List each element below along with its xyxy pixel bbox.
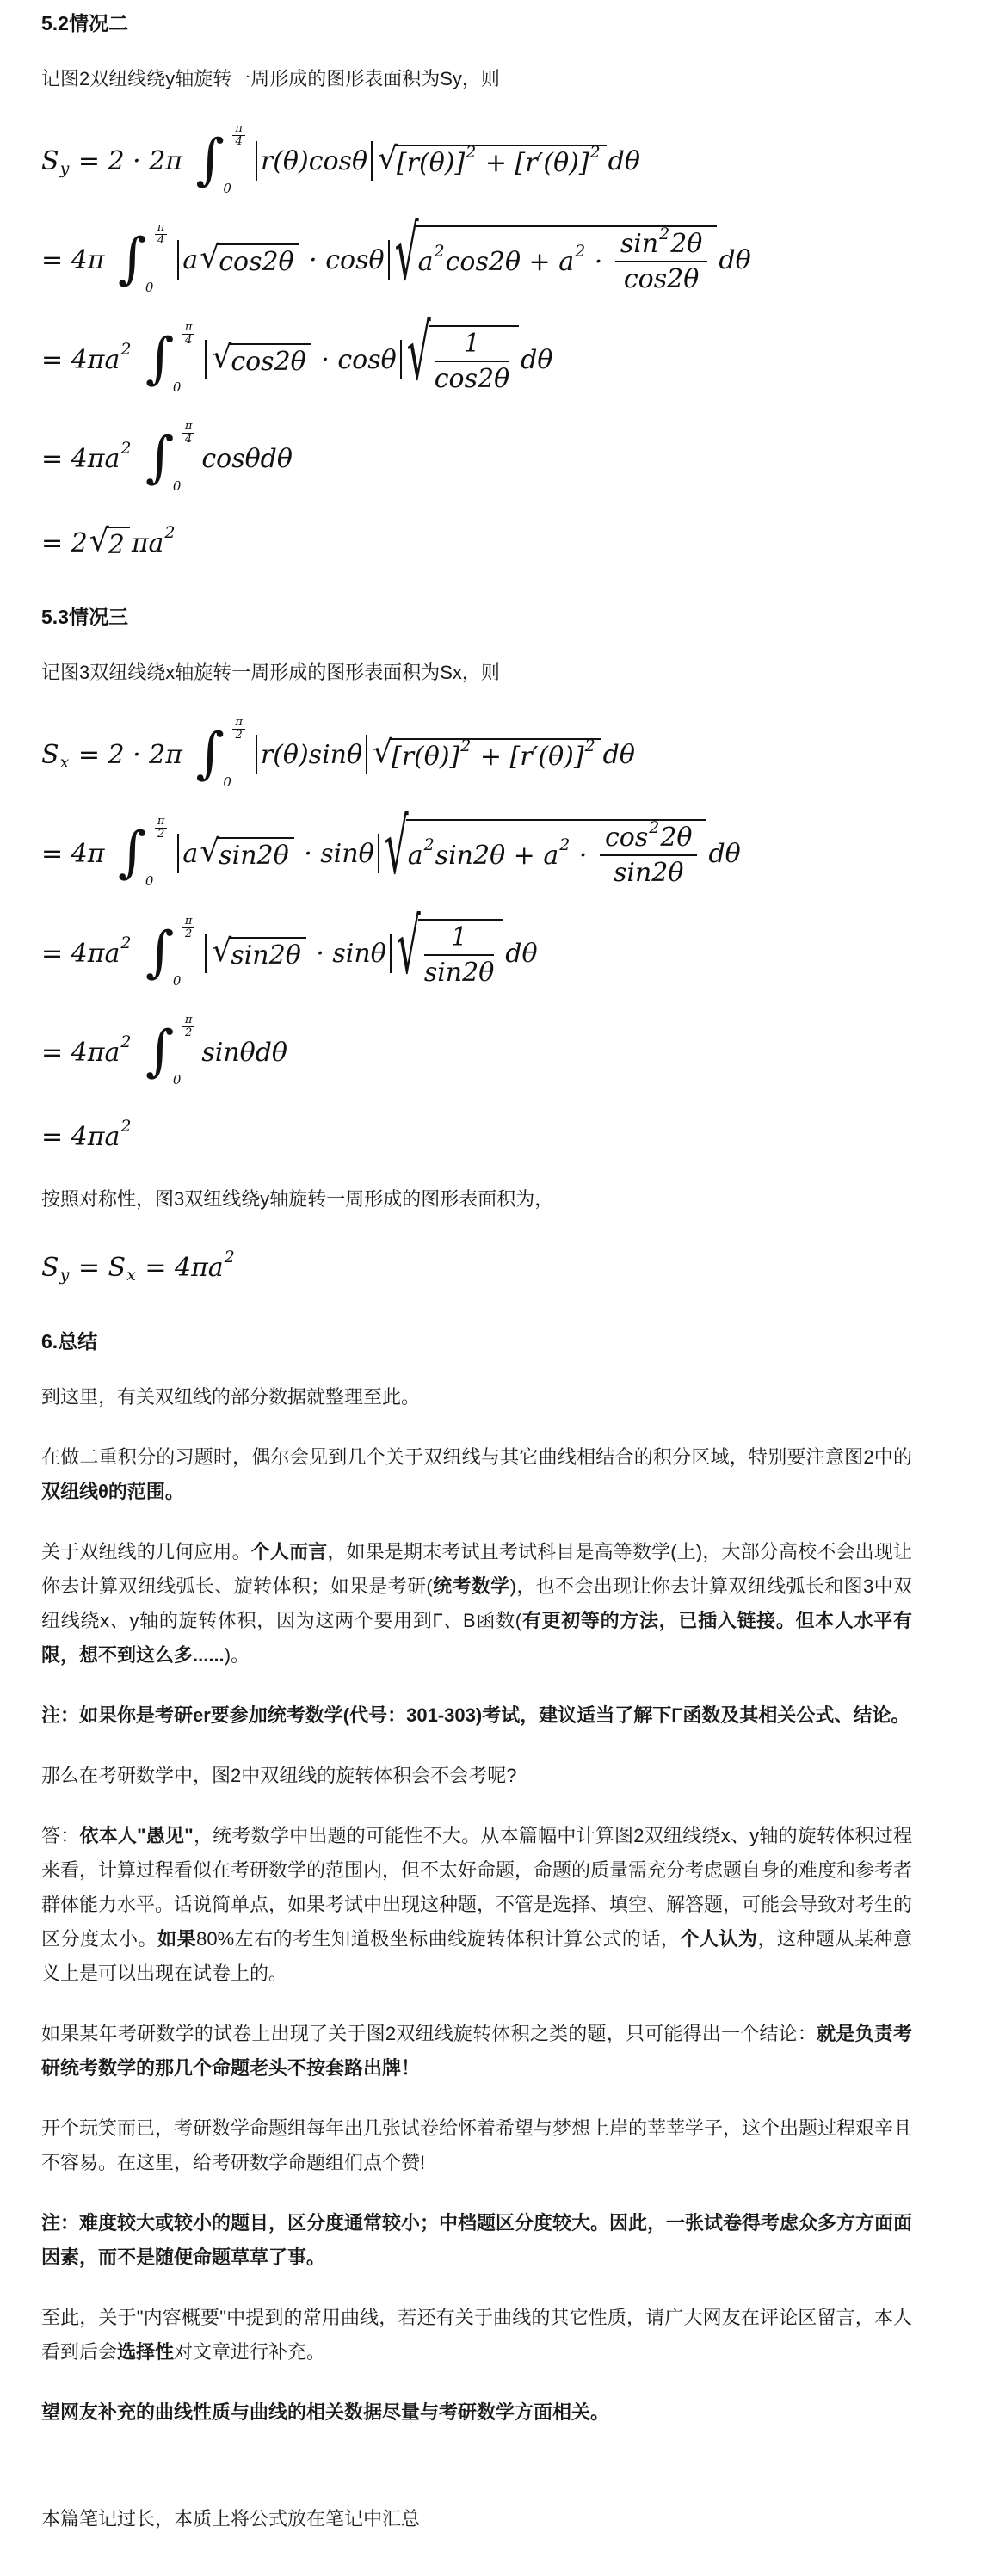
- equation-sx-line2: = 4π ∫π20a√sin2θ · sinθ√a2sin2θ + a2 · c…: [41, 819, 912, 888]
- article: 5.2情况二 记图2双纽线绕y轴旋转一周形成的图形表面积为Sy，则 Sy = 2…: [0, 0, 953, 2536]
- equation-sy-result: = 2√2πa2: [41, 523, 912, 563]
- equation-sx-line3: = 4πa2 ∫π20√sin2θ · sinθ√1sin2θdθ: [41, 919, 912, 988]
- paragraph-5-3-intro: 记图3双纽线绕x轴旋转一周形成的图形表面积为Sx，则: [41, 656, 912, 690]
- equation-sx-line4: = 4πa2 ∫π20sinθdθ: [41, 1019, 912, 1086]
- equation-sy-line4: = 4πa2 ∫π40cosθdθ: [41, 425, 912, 492]
- equation-symmetry-result: Sy = Sx = 4πa2: [41, 1248, 912, 1287]
- paragraph-supplement: 至此，关于"内容概要"中提到的常用曲线，若还有关于曲线的其它性质，请广大网友在评…: [41, 2301, 912, 2370]
- paragraph-clipped-last: 本篇笔记过长，本质上将公式放在笔记中汇总: [41, 2502, 912, 2536]
- equation-sy-line2: = 4π ∫π40a√cos2θ · cosθ√a2cos2θ + a2 · s…: [41, 225, 912, 294]
- paragraph-wish: 望网友补充的曲线性质与曲线的相关数据尽量与考研数学方面相关。: [41, 2395, 912, 2430]
- section-heading-5-2: 5.2情况二: [41, 10, 912, 36]
- paragraph-note-difficulty: 注：难度较大或较小的题目，区分度通常较小；中档题区分度较大。因此，一张试卷得考虑…: [41, 2206, 912, 2275]
- equation-sy-line3: = 4πa2 ∫π40√cos2θ · cosθ√1cos2θdθ: [41, 325, 912, 394]
- paragraph-symmetry: 按照对称性，图3双纽线绕y轴旋转一周形成的图形表面积为，: [41, 1182, 912, 1217]
- paragraph-summary-2: 在做二重积分的习题时，偶尔会见到几个关于双纽线与其它曲线相结合的积分区域，特别要…: [41, 1440, 912, 1509]
- paragraph-summary-3: 关于双纽线的几何应用。个人而言，如果是期末考试且考试科目是高等数学(上)，大部分…: [41, 1535, 912, 1673]
- paragraph-5-2-intro: 记图2双纽线绕y轴旋转一周形成的图形表面积为Sy，则: [41, 62, 912, 96]
- paragraph-conclusion-joke: 如果某年考研数学的试卷上出现了关于图2双纽线旋转体积之类的题，只可能得出一个结论…: [41, 2017, 912, 2086]
- paragraph-question: 那么在考研数学中，图2中双纽线的旋转体积会不会考呢?: [41, 1759, 912, 1793]
- paragraph-note-gamma: 注：如果你是考研er要参加统考数学(代号：301-303)考试，建议适当了解下Γ…: [41, 1698, 912, 1733]
- equation-sy-line1: Sy = 2 · 2π ∫π40r(θ)cosθ√[r(θ)]2 + [r′(θ…: [41, 127, 912, 194]
- paragraph-answer: 答：依本人"愚见"，统考数学中出题的可能性不大。从本篇幅中计算图2双纽线绕x、y…: [41, 1819, 912, 1991]
- section-heading-6: 6.总结: [41, 1328, 912, 1354]
- equation-sx-result: = 4πa2: [41, 1117, 912, 1156]
- section-heading-5-3: 5.3情况三: [41, 604, 912, 630]
- paragraph-praise: 开个玩笑而已，考研数学命题组每年出几张试卷给怀着希望与梦想上岸的莘莘学子，这个出…: [41, 2111, 912, 2180]
- equation-sx-line1: Sx = 2 · 2π ∫π20r(θ)sinθ√[r(θ)]2 + [r′(θ…: [41, 721, 912, 788]
- paragraph-summary-1: 到这里，有关双纽线的部分数据就整理至此。: [41, 1380, 912, 1414]
